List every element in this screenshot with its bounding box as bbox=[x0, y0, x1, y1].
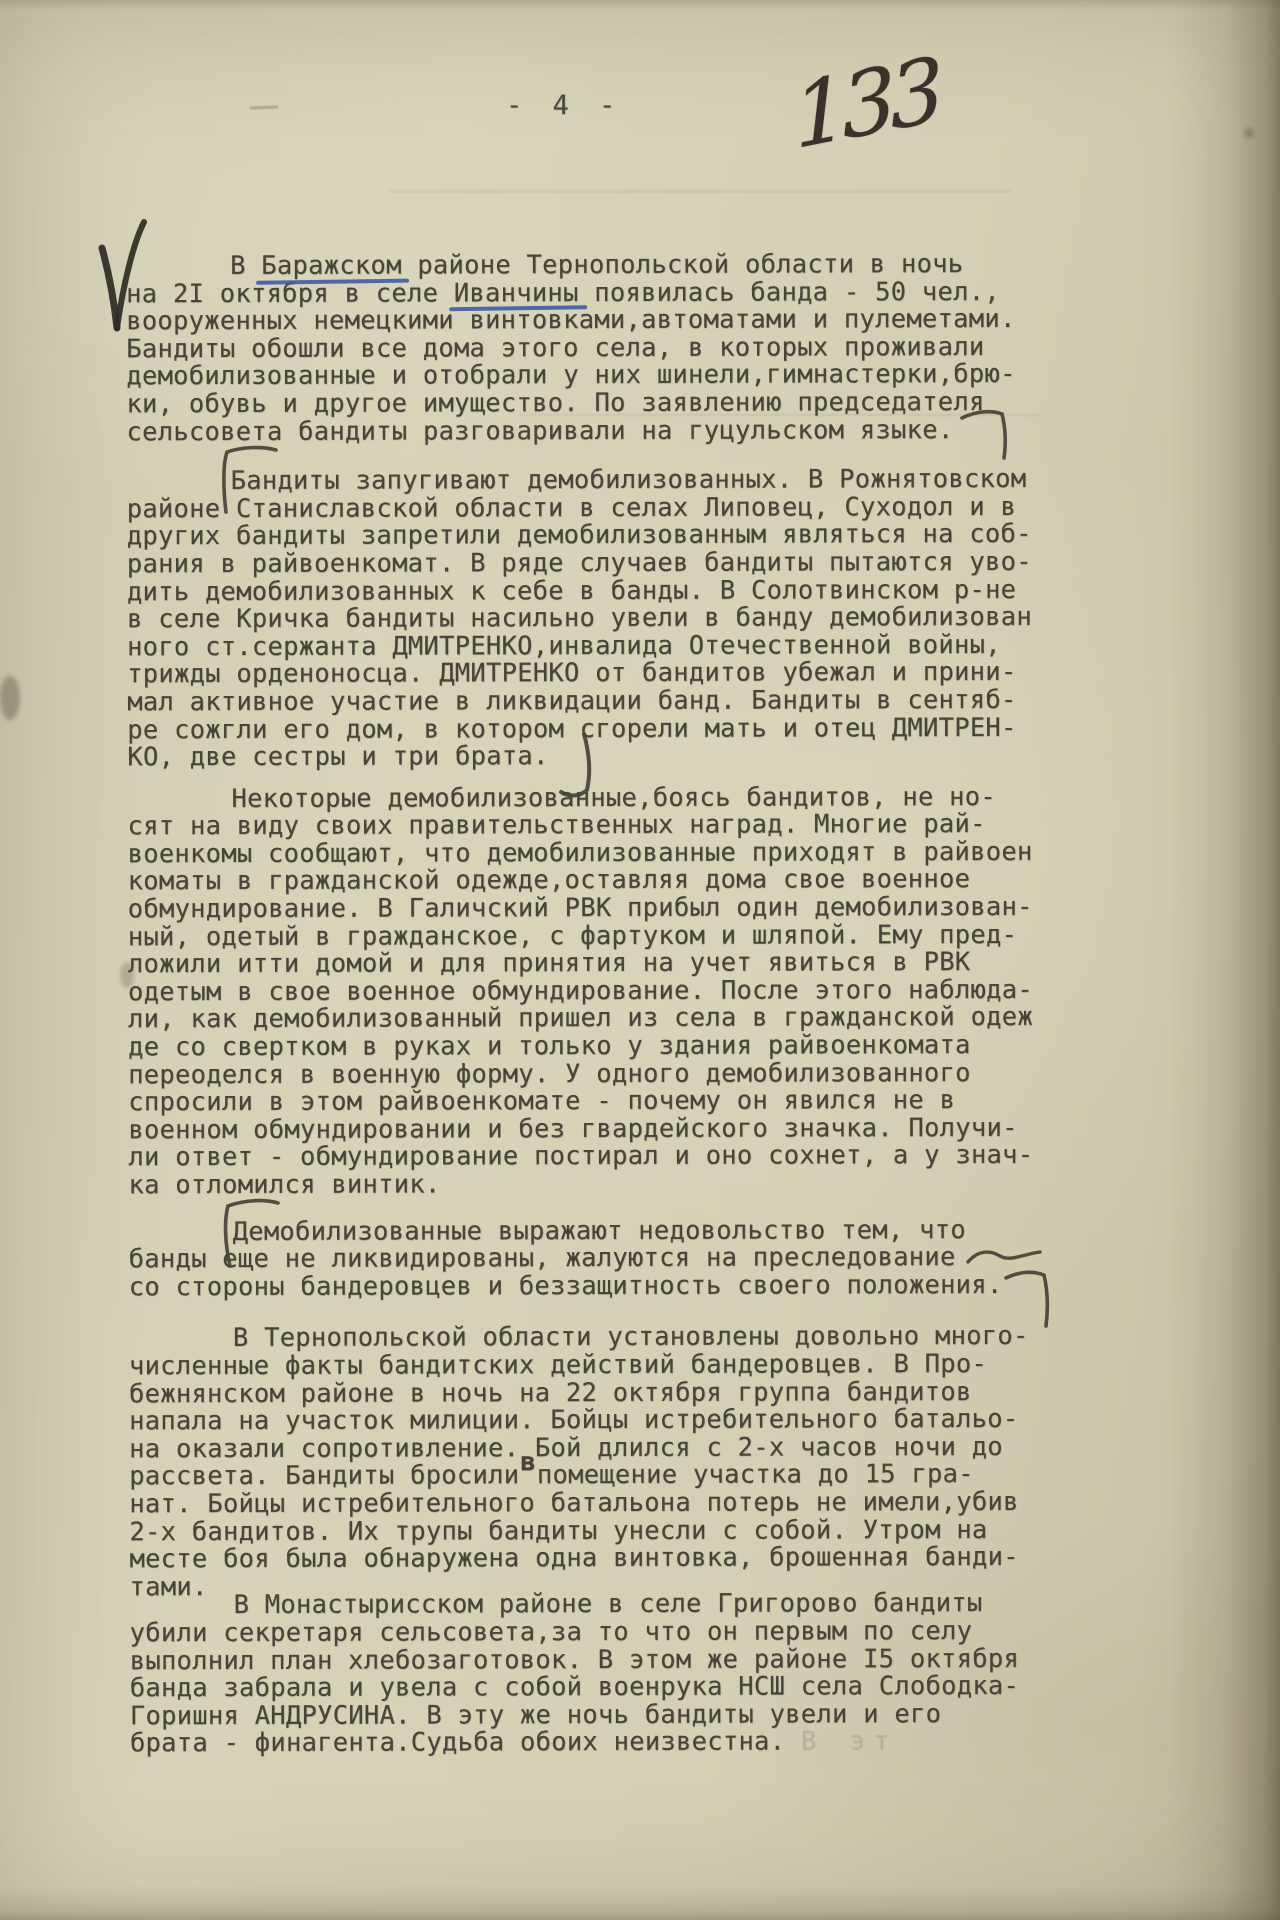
edge-smudge bbox=[0, 676, 20, 720]
text-line: ка отломился винтик. bbox=[128, 1170, 1068, 1200]
text-segment: районе Тернопольской области в ночь bbox=[402, 249, 964, 280]
text-segment: тами. bbox=[129, 1572, 207, 1602]
text-line: ли ответ - обмундирование постирал и оно… bbox=[128, 1142, 1068, 1172]
paragraph: В Монастырисском районе в селе Григорово… bbox=[130, 1590, 1070, 1758]
corner-mark bbox=[1244, 128, 1254, 138]
paragraph: Бандиты запугивают демобилизованных. В Р… bbox=[127, 466, 1068, 772]
text-segment: сельсовета бандиты разговаривали на гуцу… bbox=[126, 415, 953, 447]
paragraph: Демобилизованные выражают недовольство т… bbox=[129, 1216, 1069, 1301]
text-line: ре сожгли его дом, в котором сгорели мат… bbox=[127, 714, 1067, 744]
text-line: Горишня АНДРУСИНА. В эту же ночь бандиты… bbox=[130, 1700, 1070, 1730]
text-segment: ли ответ - обмундирование постирал и оно… bbox=[128, 1140, 1033, 1172]
text-segment: со стороны бандеровцев и беззащитность с… bbox=[129, 1270, 1003, 1302]
text-segment: рассвета. Бандиты бросили bbox=[129, 1461, 519, 1492]
paper-edge-top bbox=[0, 0, 1280, 10]
text-line: со стороны бандеровцев и беззащитность с… bbox=[129, 1272, 1069, 1302]
text-segment: месте боя была обнаружена одна винтовка,… bbox=[129, 1542, 1018, 1574]
text-line: КО, две сестры и три брата. bbox=[127, 742, 1067, 772]
text-segment: помещение участка до 15 гра- bbox=[537, 1459, 974, 1490]
ink-dash-artifact bbox=[250, 106, 278, 110]
text-line: сельсовета бандиты разговаривали на гуцу… bbox=[126, 416, 1066, 446]
text-segment: появилась банда - 50 чел., bbox=[579, 277, 1000, 308]
text-segment-inserted: в bbox=[520, 1448, 536, 1478]
text-segment-u-blue: Баражском bbox=[261, 251, 401, 281]
paper-edge-bottom bbox=[0, 1886, 1280, 1920]
text-segment-ghost: В эт bbox=[801, 1726, 899, 1756]
text-segment: ре сожгли его дом, в котором сгорели мат… bbox=[127, 712, 1016, 744]
handwritten-folio-number: 133 bbox=[790, 38, 942, 170]
paper-edge-right bbox=[1170, 0, 1280, 1920]
text-segment: В bbox=[230, 251, 261, 281]
text-line: месте боя была обнаружена одна винтовка,… bbox=[129, 1544, 1069, 1574]
text-line: брата - финагента.Судьба обоих неизвестн… bbox=[130, 1728, 1070, 1758]
document-body: В Баражском районе Тернопольской области… bbox=[126, 251, 1070, 1758]
scanned-page: - 4 - 133 В Баражском районе Тернопольск… bbox=[0, 0, 1280, 1920]
paragraph: Некоторые демобилизованные,боясь бандито… bbox=[127, 783, 1068, 1199]
paragraph: В Тернопольской области установлены дово… bbox=[129, 1323, 1070, 1601]
scan-streak bbox=[390, 190, 1010, 193]
text-segment: КО, две сестры и три брата. bbox=[127, 741, 548, 772]
page-number: - 4 - bbox=[506, 90, 622, 121]
paragraph: В Баражском районе Тернопольской области… bbox=[126, 251, 1067, 447]
text-segment: брата - финагента.Судьба обоих неизвестн… bbox=[130, 1727, 801, 1759]
text-segment-u-blue: Иванчины bbox=[454, 278, 579, 308]
text-segment: ка отломился винтик. bbox=[128, 1169, 440, 1200]
